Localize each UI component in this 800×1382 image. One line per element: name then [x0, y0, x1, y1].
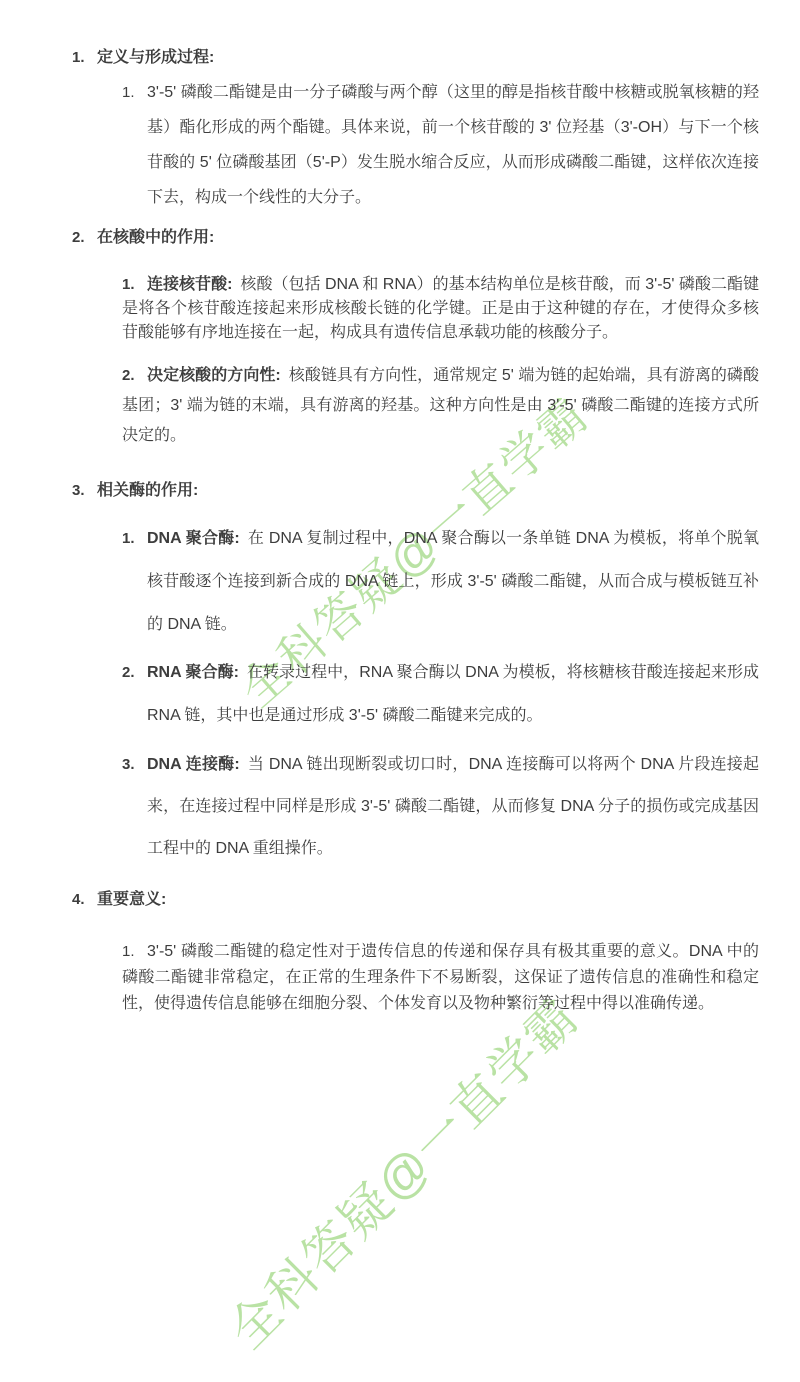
section-heading-text: 相关酶的作用: — [97, 482, 198, 499]
list-number: 2. — [122, 651, 135, 694]
section-heading-2: 2.在核酸中的作用: — [72, 227, 800, 249]
list-item: 3.DNA 连接酶:当 DNA 链出现断裂或切口时，DNA 连接酶可以将两个 D… — [147, 744, 759, 870]
item-label: DNA 聚合酶: — [147, 530, 240, 547]
list-number: 1. — [72, 47, 97, 69]
section-heading-text: 重要意义: — [97, 891, 166, 908]
section-heading-1: 1.定义与形成过程: — [72, 47, 800, 69]
list-number: 1. — [122, 273, 147, 297]
list-item: 2.RNA 聚合酶:在转录过程中，RNA 聚合酶以 DNA 为模板，将核糖核苷酸… — [147, 651, 759, 737]
section-heading-text: 定义与形成过程: — [97, 49, 214, 66]
list-number: 1. — [122, 75, 135, 110]
list-number: 1. — [122, 939, 147, 965]
list-number: 2. — [72, 227, 97, 249]
list-number: 1. — [122, 517, 135, 560]
list-number: 2. — [122, 361, 147, 391]
list-number: 3. — [122, 744, 135, 786]
item-label: RNA 聚合酶: — [147, 664, 239, 681]
document-page: 全科答疑@一直学霸 全科答疑@一直学霸 1.定义与形成过程: 1.3'-5' 磷… — [0, 0, 800, 1382]
list-item: 1.3'-5' 磷酸二酯键的稳定性对于遗传信息的传递和保存具有极其重要的意义。D… — [122, 939, 759, 1017]
list-item: 1.3'-5' 磷酸二酯键是由一分子磷酸与两个醇（这里的醇是指核苷酸中核糖或脱氧… — [147, 75, 759, 215]
list-item: 2.决定核酸的方向性:核酸链具有方向性，通常规定 5' 端为链的起始端，具有游离… — [122, 361, 759, 451]
list-item: 1.DNA 聚合酶:在 DNA 复制过程中，DNA 聚合酶以一条单链 DNA 为… — [147, 517, 759, 646]
list-item: 1.连接核苷酸:核酸（包括 DNA 和 RNA）的基本结构单位是核苷酸，而 3'… — [122, 273, 759, 345]
item-text: 3'-5' 磷酸二酯键是由一分子磷酸与两个醇（这里的醇是指核苷酸中核糖或脱氧核糖… — [147, 84, 759, 206]
document-content: 1.定义与形成过程: 1.3'-5' 磷酸二酯键是由一分子磷酸与两个醇（这里的醇… — [0, 0, 800, 1382]
section-heading-3: 3.相关酶的作用: — [72, 480, 800, 502]
section-heading-text: 在核酸中的作用: — [97, 229, 214, 246]
item-label: 连接核苷酸: — [147, 276, 232, 293]
item-text: 3'-5' 磷酸二酯键的稳定性对于遗传信息的传递和保存具有极其重要的意义。DNA… — [122, 943, 759, 1012]
list-number: 4. — [72, 889, 97, 911]
section-heading-4: 4.重要意义: — [72, 889, 800, 911]
item-label: 决定核酸的方向性: — [147, 367, 281, 384]
item-label: DNA 连接酶: — [147, 756, 240, 773]
list-number: 3. — [72, 480, 97, 502]
